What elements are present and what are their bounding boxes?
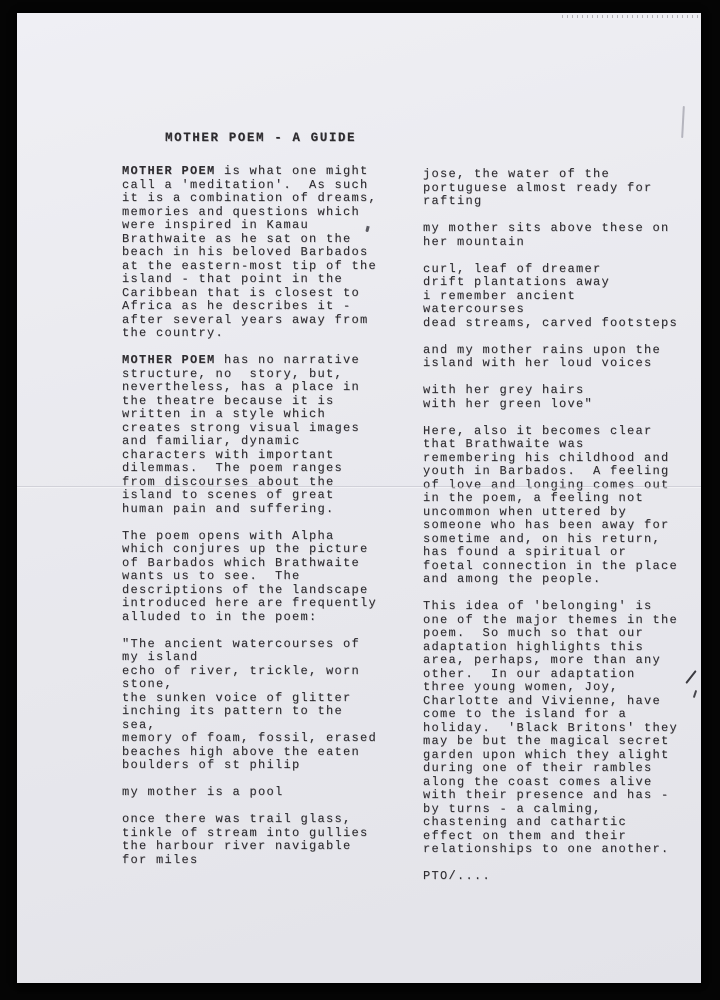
document-title: MOTHER POEM - A GUIDE [165, 131, 356, 145]
fold-crease [17, 486, 701, 487]
torn-paper-edge [562, 15, 702, 18]
right-column-paragraphs: jose, the water of the portuguese almost… [423, 168, 707, 884]
paragraph-structure: MOTHER POEM has no narrative structure, … [122, 354, 406, 516]
paragraph-body-text: has no narrative structure, no story, bu… [122, 353, 360, 516]
document-page: MOTHER POEM - A GUIDE MOTHER POEM is wha… [17, 13, 701, 983]
paragraph-lead-bold: MOTHER POEM [122, 353, 216, 367]
left-column-remaining-paragraphs: The poem opens with Alpha which conjures… [122, 530, 406, 868]
paragraph-intro: MOTHER POEM is what one might call a 'me… [122, 165, 406, 341]
right-column: jose, the water of the portuguese almost… [423, 168, 707, 884]
pencil-mark [681, 106, 685, 138]
paragraph-lead-bold: MOTHER POEM [122, 164, 216, 178]
scan-background: MOTHER POEM - A GUIDE MOTHER POEM is wha… [0, 0, 720, 1000]
left-column: MOTHER POEM is what one might call a 'me… [122, 165, 406, 867]
paragraph-body-text: is what one might call a 'meditation'. A… [122, 164, 377, 340]
